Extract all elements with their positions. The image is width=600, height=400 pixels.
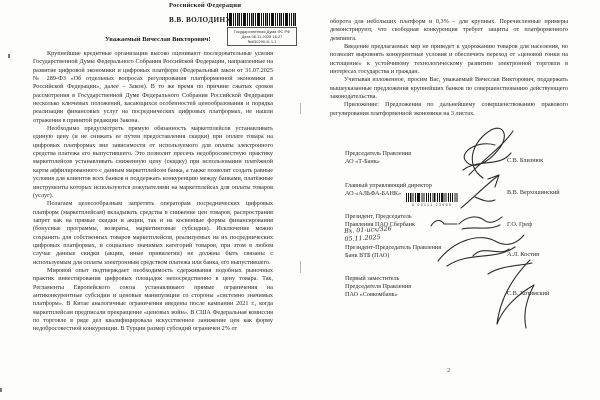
salutation: Уважаемый Вячеслав Викторович! xyxy=(105,36,211,43)
scan-artifact xyxy=(0,388,2,392)
paragraph: Необходимо предусмотреть прямую обязанно… xyxy=(33,125,273,200)
addressee-name: В.В. ВОЛОДИНУ xyxy=(169,16,231,24)
signatory-role-vtb: Президент-Председатель Правления Банк ВТ… xyxy=(345,244,441,260)
barcode-icon xyxy=(227,13,297,26)
signatory-role-tbank: Председатель Правления АО «Т-Банк» xyxy=(345,150,411,166)
signatory-role-sovcombank: Первый заместитель Председателя Правлени… xyxy=(345,275,411,300)
role-line: Президент, Председатель xyxy=(345,213,415,221)
duma-registration-stamp: Государственная Дума ФС РФ Дата 06.11.20… xyxy=(227,13,297,46)
scan-seam xyxy=(300,103,301,114)
signatory-name-gref: Г.О. Греф xyxy=(507,221,532,228)
paragraph: Полагаем целесообразным запретить операт… xyxy=(33,200,273,267)
stamp-line-number: №630290-8; 1.1 xyxy=(228,39,296,44)
signatory-name-verkhoshinsky: В.В. Верхошинский xyxy=(507,189,560,196)
role-line: Главный управляющий директор xyxy=(345,182,432,190)
stamp-text: Государственная Дума ФС РФ Дата 06.11.20… xyxy=(227,27,297,46)
alfabank-barcode-sticker: 0 00111 23960 xyxy=(406,193,458,207)
paragraph: оборота для небольших платформ и 0,3% – … xyxy=(330,18,568,43)
paragraph: Введение предлагаемых мер не приведет к … xyxy=(330,43,568,76)
document-scan: Российской Федерации В.В. ВОЛОДИНУ Госуд… xyxy=(0,0,600,400)
barcode-digits: 0 00111 23960 xyxy=(406,203,458,207)
role-line: Председатель Правления xyxy=(345,150,411,158)
scan-seam xyxy=(300,261,301,273)
letterhead-fragment: Российской Федерации xyxy=(169,2,241,9)
signatory-name-khotimsky: С.В. Хотимский xyxy=(507,290,549,297)
role-line: Первый заместитель xyxy=(345,275,411,283)
role-line: Банк ВТБ (ПАО) xyxy=(345,252,441,260)
signature-verkhoshinsky xyxy=(457,170,513,210)
paragraph: Крупнейшие кредитные организации высоко … xyxy=(33,50,273,125)
page-number: 2 xyxy=(447,367,450,374)
handwritten-note: Вх. 01-исх/326 05.11.2025 xyxy=(344,226,392,243)
page1-body: Крупнейшие кредитные организации высоко … xyxy=(33,50,273,334)
paragraph: Учитывая изложенное, просим Вас, уважаем… xyxy=(330,76,568,101)
barcode-icon xyxy=(406,193,458,202)
scan-artifact xyxy=(8,54,10,58)
page2-body: оборота для небольших платформ и 0,3% – … xyxy=(330,18,568,118)
role-line: ПАО «Совкомбанк» xyxy=(345,291,411,299)
signatory-name-bliznyuk: С.В. Близнюк xyxy=(507,157,543,164)
role-line: АО «Т-Банк» xyxy=(345,158,411,166)
paragraph: Мировой опыт подтверждает необходимость … xyxy=(33,267,273,334)
role-line: Председателя Правления xyxy=(345,283,411,291)
role-line: Президент-Председатель Правления xyxy=(345,244,441,252)
attachment-note: Приложение: Предложения по дальнейшему с… xyxy=(330,101,568,118)
